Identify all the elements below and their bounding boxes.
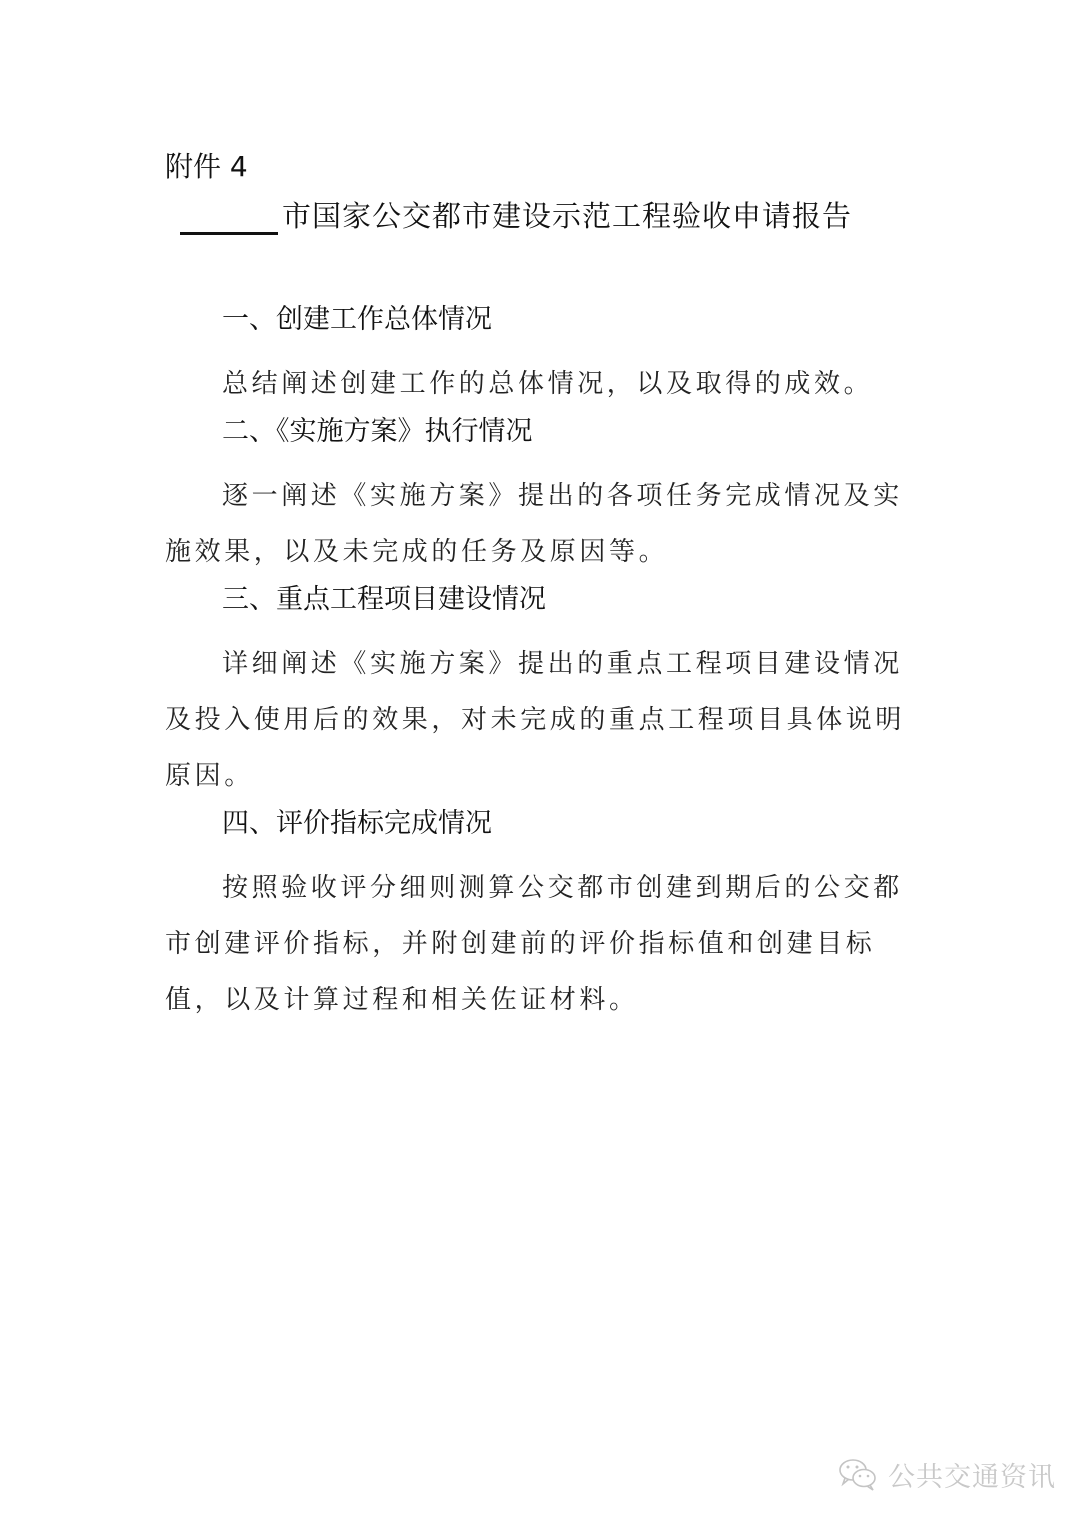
document-title: 市国家公交都市建设示范工程验收申请报告 [282, 194, 852, 235]
section-body-1: 总结阐述创建工作的总体情况，以及取得的成效。 [165, 356, 925, 412]
city-name-blank [180, 192, 278, 235]
wechat-icon [838, 1457, 878, 1493]
watermark-text: 公共交通资讯 [888, 1455, 1056, 1494]
watermark: 公共交通资讯 [838, 1455, 1056, 1494]
section-heading-4: 四、评价指标完成情况 [165, 804, 925, 860]
section-body-4: 按照验收评分细则测算公交都市创建到期后的公交都市创建评价指标，并附创建前的评价指… [165, 860, 925, 1028]
section-heading-2: 二、《实施方案》执行情况 [165, 412, 925, 468]
document-title-row: 市国家公交都市建设示范工程验收申请报告 [180, 192, 852, 235]
section-heading-3: 三、重点工程项目建设情况 [165, 580, 925, 636]
section-body-2: 逐一阐述《实施方案》提出的各项任务完成情况及实施效果，以及未完成的任务及原因等。 [165, 468, 925, 580]
section-body-3: 详细阐述《实施方案》提出的重点工程项目建设情况及投入使用后的效果，对未完成的重点… [165, 636, 925, 804]
section-heading-1: 一、创建工作总体情况 [165, 300, 925, 356]
attachment-label: 附件 4 [165, 145, 248, 185]
document-body: 一、创建工作总体情况 总结阐述创建工作的总体情况，以及取得的成效。 二、《实施方… [165, 300, 925, 1028]
